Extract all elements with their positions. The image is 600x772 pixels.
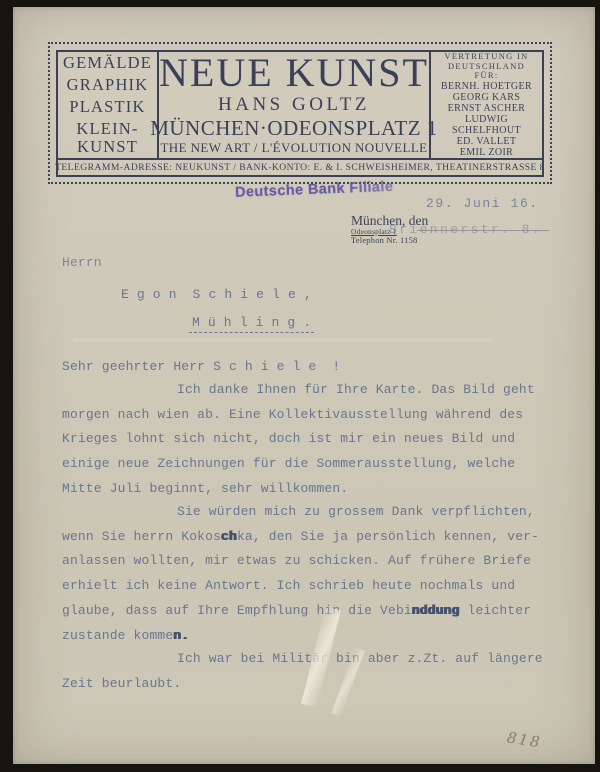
paper-crease [73,337,493,343]
letterhead-inner-frame: GEMÄLDE GRAPHIK PLASTIK KLEIN- KUNST NEU… [56,50,544,177]
typed-street: Briennerstr. 8. [389,222,542,237]
letterhead: GEMÄLDE GRAPHIK PLASTIK KLEIN- KUNST NEU… [48,42,552,184]
category-label: GEMÄLDE [63,54,152,72]
body-line: Sie würden mich zu grossem Dank verpflic… [62,500,567,525]
letterhead-left-box: GEMÄLDE GRAPHIK PLASTIK KLEIN- KUNST [58,52,159,158]
letterhead-columns: GEMÄLDE GRAPHIK PLASTIK KLEIN- KUNST NEU… [58,52,542,158]
body-line: wenn Sie herrn Kokoschka, den Sie ja per… [62,525,567,550]
body-line: Krieges lohnt sich nicht, doch ist mir e… [62,427,567,452]
body-line: Ich war bei Militär bin aber z.Zt. auf l… [62,647,567,672]
artist-name: EMIL ZOIR [460,147,514,158]
representation-header: FÜR: [474,71,498,81]
recipient-name: E g o n S c h i e l e , [121,283,312,308]
category-label: GRAPHIK [67,76,149,94]
salutation: Sehr geehrter Herr S c h i e l e ! [62,355,340,380]
body-line: morgen nach wien ab. Eine Kollektivausst… [62,403,567,428]
paragraph-2: Sie würden mich zu grossem Dank verpflic… [62,500,567,648]
artist-name: ED. VALLET [457,136,517,147]
gallery-tagline: THE NEW ART / L'ÉVOLUTION NOUVELLE [160,141,427,155]
gallery-owner: HANS GOLTZ [218,95,370,115]
telegram-bank-line: TELEGRAMM-ADRESSE: NEUKUNST / BANK-KONTO… [58,158,542,175]
letterhead-center-box: NEUE KUNST HANS GOLTZ MÜNCHEN·ODEONSPLAT… [159,52,429,158]
recipient-place: M ü h l i n g . [189,311,314,336]
body-line: erhielt ich keine Antwort. Ich schrieb h… [62,574,567,599]
artist-name: LUDWIG [465,114,508,125]
recipient-prefix: Herrn [62,251,102,276]
letter-scan-paper: GEMÄLDE GRAPHIK PLASTIK KLEIN- KUNST NEU… [13,7,595,764]
body-line: Ich danke Ihnen für Ihre Karte. Das Bild… [62,378,567,403]
artist-name: BERNH. HOETGER [441,81,532,92]
gallery-title: NEUE KUNST [159,53,429,93]
category-label: KUNST [77,138,138,156]
artist-name: ERNST ASCHER [448,103,526,114]
pencil-archive-number: 818 [506,728,543,751]
body-line: Zeit beurlaubt. [62,672,567,697]
category-label: KLEIN- [76,120,138,138]
paragraph-1: Ich danke Ihnen für Ihre Karte. Das Bild… [62,378,567,502]
paragraph-3: Ich war bei Militär bin aber z.Zt. auf l… [62,647,567,696]
body-line: einige neue Zeichnungen für die Sommerau… [62,452,567,477]
category-label: PLASTIK [69,98,145,116]
body-line: Mitte Juli beginnt, sehr willkommen. [62,477,567,502]
artist-name: GEORG KARS [453,92,521,103]
artist-name: SCHELFHOUT [452,125,521,136]
gallery-address: MÜNCHEN·ODEONSPLATZ 1 [150,117,438,139]
body-line: glaube, dass auf Ihre Empfhlung hin die … [62,599,567,624]
body-line: anlassen wollten, mir etwas zu schicken.… [62,549,567,574]
letterhead-right-box: VERTRETUNG IN DEUTSCHLAND FÜR: BERNH. HO… [429,52,542,158]
recipient-place-text: M ü h l i n g . [189,315,314,333]
typed-date: 29. Juni 16. [426,196,539,211]
body-line: zustande kommen. [62,624,567,649]
